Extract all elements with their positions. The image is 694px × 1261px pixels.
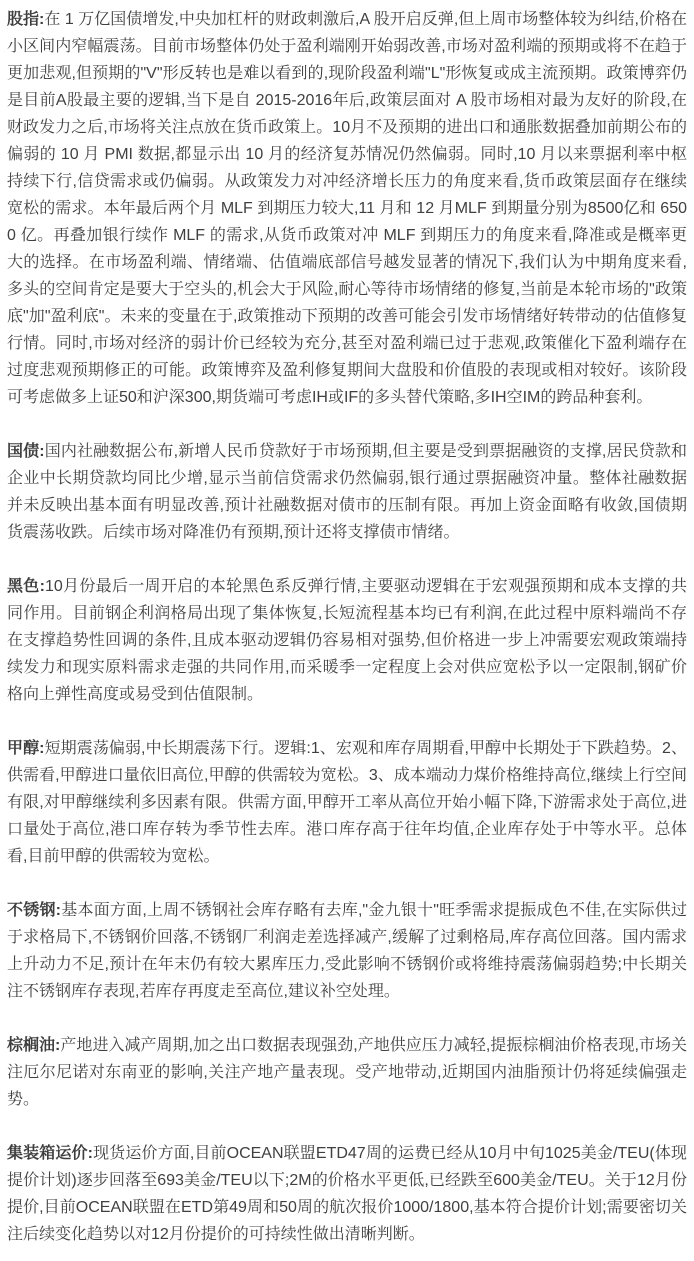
section-body-methanol: 短期震荡偏弱,中长期震荡下行。逻辑:1、宏观和库存周期看,甲醇中长期处于下跌趋势… xyxy=(7,740,687,865)
market-commentary-report: 股指:在 1 万亿国债增发,中央加杠杆的财政刺激后,A 股开启反弹,但上周市场整… xyxy=(0,0,694,1258)
section-body-ferrous: 10月份最后一周开启的本轮黑色系反弹行情,主要驱动逻辑在于宏观强预期和成本支撑的… xyxy=(7,578,687,703)
section-title-stock-index: 股指: xyxy=(7,11,44,28)
section-stainless-steel: 不锈钢:基本面方面,上周不锈钢社会库存略有去库,"金九银十"旺季需求提振成色不佳… xyxy=(7,897,687,1005)
section-ferrous: 黑色:10月份最后一周开启的本轮黑色系反弹行情,主要驱动逻辑在于宏观强预期和成本… xyxy=(7,573,687,708)
section-title-palm-oil: 棕榈油: xyxy=(7,1037,60,1054)
section-methanol: 甲醇:短期震荡偏弱,中长期震荡下行。逻辑:1、宏观和库存周期看,甲醇中长期处于下… xyxy=(7,735,687,870)
section-palm-oil: 棕榈油:产地进入减产周期,加之出口数据表现强劲,产地供应压力减轻,提振棕榈油价格… xyxy=(7,1032,687,1113)
section-title-methanol: 甲醇: xyxy=(7,740,45,757)
section-treasury-bonds: 国债:国内社融数据公布,新增人民币贷款好于市场预期,但主要是受到票据融资的支撑,… xyxy=(7,438,687,546)
section-stock-index: 股指:在 1 万亿国债增发,中央加杠杆的财政刺激后,A 股开启反弹,但上周市场整… xyxy=(7,6,687,411)
section-body-treasury-bonds: 国内社融数据公布,新增人民币贷款好于市场预期,但主要是受到票据融资的支撑,居民贷… xyxy=(7,443,687,541)
section-body-stainless-steel: 基本面方面,上周不锈钢社会库存略有去库,"金九银十"旺季需求提振成色不佳,在实际… xyxy=(7,902,687,1000)
section-body-stock-index: 在 1 万亿国债增发,中央加杠杆的财政刺激后,A 股开启反弹,但上周市场整体较为… xyxy=(7,11,687,406)
section-title-treasury-bonds: 国债: xyxy=(7,443,45,460)
section-title-ferrous: 黑色: xyxy=(7,578,45,595)
section-body-palm-oil: 产地进入减产周期,加之出口数据表现强劲,产地供应压力减轻,提振棕榈油价格表现,市… xyxy=(7,1037,687,1108)
section-container-freight: 集装箱运价:现货运价方面,目前OCEAN联盟ETD47周的运费已经从10月中旬1… xyxy=(7,1140,687,1248)
section-title-container-freight: 集装箱运价: xyxy=(7,1145,93,1162)
section-body-container-freight: 现货运价方面,目前OCEAN联盟ETD47周的运费已经从10月中旬1025美金/… xyxy=(7,1145,687,1243)
section-title-stainless-steel: 不锈钢: xyxy=(7,902,61,919)
